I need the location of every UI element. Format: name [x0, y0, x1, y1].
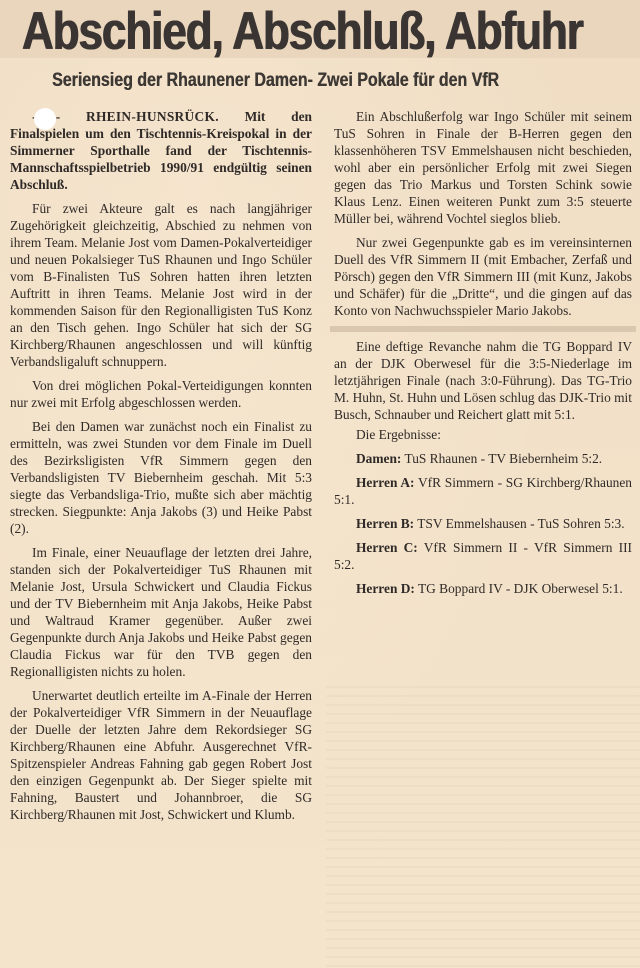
result-score: 5:2.	[334, 557, 354, 572]
subheadline: Seriensieg der Rhaunener Damen- Zwei Pok…	[52, 68, 499, 94]
result-row: Herren B: TSV Emmelshausen - TuS Sohren …	[334, 515, 632, 532]
result-score: 5:1.	[602, 581, 622, 596]
newspaper-clipping: Abschied, Abschluß, Abfuhr Seriensieg de…	[0, 0, 640, 968]
result-row: Damen: TuS Rhaunen - TV Biebernheim 5:2.	[334, 450, 632, 467]
paragraph: Bei den Damen war zunächst noch ein Fina…	[10, 418, 312, 537]
result-row: Herren D: TG Boppard IV - DJK Oberwesel …	[334, 580, 632, 597]
paragraph: Ein Abschlußerfolg war Ingo Schüler mit …	[334, 108, 632, 227]
paragraph: Im Finale, einer Neuauflage der letzten …	[10, 544, 312, 680]
result-match: TSV Emmelshausen - TuS Sohren	[417, 516, 601, 531]
result-match: VfR Simmern - SG Kirchberg/Rhaunen	[418, 475, 632, 490]
result-category: Herren B:	[356, 516, 414, 531]
left-column: -che- RHEIN-HUNSRÜCK. Mit den Finalspiel…	[10, 108, 312, 830]
result-score: 5:2.	[582, 451, 602, 466]
result-category: Herren A:	[356, 475, 415, 490]
result-score: 5:3.	[604, 516, 624, 531]
result-score: 5:1.	[334, 492, 354, 507]
paragraph: Unerwartet deutlich erteilte im A-Finale…	[10, 687, 312, 823]
result-category: Damen:	[356, 451, 401, 466]
results-heading: Die Ergebnisse:	[334, 426, 632, 443]
headline: Abschied, Abschluß, Abfuhr	[22, 2, 550, 61]
dateline: RHEIN-HUNSRÜCK.	[86, 109, 219, 124]
result-category: Herren C:	[356, 540, 418, 555]
paragraph: Von drei möglichen Pokal-Verteidigungen …	[10, 377, 312, 411]
paragraph: Eine deftige Revanche nahm die TG Boppar…	[334, 338, 632, 423]
punch-hole	[34, 108, 56, 130]
paragraph: Für zwei Akteure galt es nach langjährig…	[10, 200, 312, 370]
result-row: Herren C: VfR Simmern II - VfR Simmern I…	[334, 539, 632, 573]
result-match: TuS Rhaunen - TV Biebernheim	[404, 451, 578, 466]
right-column: Ein Abschlußerfolg war Ingo Schüler mit …	[334, 108, 632, 604]
result-row: Herren A: VfR Simmern - SG Kirchberg/Rha…	[334, 474, 632, 508]
paragraph: Nur zwei Gegenpunkte gab es im vereinsin…	[334, 234, 632, 319]
result-match: VfR Simmern II - VfR Simmern III	[424, 540, 632, 555]
result-match: TG Boppard IV - DJK Oberwesel	[418, 581, 599, 596]
bleed-through-area	[326, 686, 640, 968]
fold-crease	[330, 326, 636, 332]
result-category: Herren D:	[356, 581, 415, 596]
